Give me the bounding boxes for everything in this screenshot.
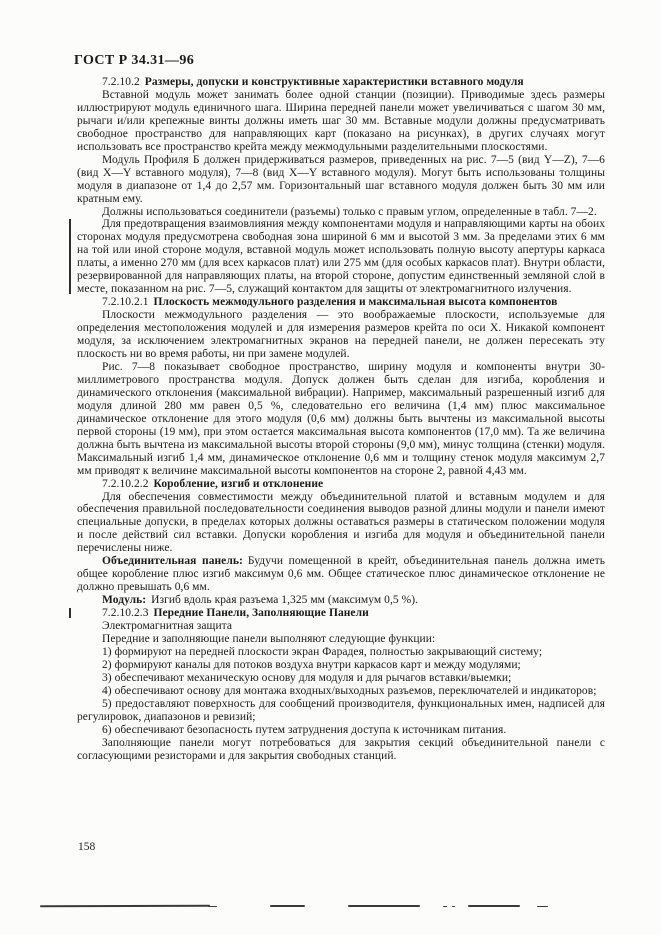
list-item-5: 5) предоставляют поверхность для сообщен… [77, 698, 605, 724]
section-number: 7.2.10.2.3 [102, 607, 149, 619]
scan-artifact-line [452, 906, 455, 907]
scan-artifact-line [348, 905, 420, 907]
paragraph-backplane-tolerance: Объединительная панель:Будучи помещенной… [77, 555, 605, 594]
paragraph-module-tolerance: Модуль:Изгиб вдоль края разъема 1,325 мм… [77, 594, 605, 607]
section-heading-7-2-10-2-3: 7.2.10.2.3Передние Панели, Заполняющие П… [77, 607, 605, 620]
list-item-3: 3) обеспечивают механическую основу для … [77, 672, 605, 685]
standard-code-header: ГОСТ Р 34.31—96 [74, 53, 194, 69]
scan-artifact-line [270, 905, 305, 907]
section-heading-7-2-10-2-2: 7.2.10.2.2Коробление, изгиб и отклонение [77, 478, 605, 491]
scan-artifact-line [40, 905, 210, 907]
paragraph-text: Изгиб вдоль края разъема 1,325 мм (макси… [151, 594, 418, 606]
section-title: Коробление, изгиб и отклонение [154, 478, 324, 490]
list-item-6: 6) обеспечивают безопасность путем затру… [77, 724, 605, 737]
paragraph-module-stations: Вставной модуль может занимать более одн… [77, 89, 605, 154]
section-number: 7.2.10.2.2 [102, 478, 149, 490]
document-body: 7.2.10.2Размеры, допуски и конструктивны… [77, 76, 605, 763]
page-number: 158 [78, 841, 95, 853]
paragraph-separation-planes: Плоскости межмодульного разделения — это… [77, 309, 605, 361]
section-number: 7.2.10.2 [102, 76, 140, 88]
paragraph-lead-backplane: Объединительная панель: [102, 555, 243, 567]
paragraph-fig-7-8-clearance: Рис. 7—8 показывает свободное пространст… [77, 361, 605, 478]
scan-artifact-line [468, 905, 520, 907]
paragraph-free-zone: Для предотвращения взаимовлияния между к… [77, 218, 605, 296]
paragraph-connectors: Должны использоваться соединители (разъе… [77, 206, 605, 219]
paragraph-compatibility-tolerances: Для обеспечения совместимости между объе… [77, 491, 605, 556]
section-title: Размеры, допуски и конструктивные характ… [145, 76, 524, 88]
scan-artifact-line [443, 906, 447, 907]
scan-artifact-line [208, 906, 217, 907]
paragraph-profile-b-dimensions: Модуль Профиля Б должен придерживаться р… [77, 154, 605, 206]
list-item-1: 1) формируют на передней плоскости экран… [77, 646, 605, 659]
list-item-4: 4) обеспечивают основу для монтажа входн… [77, 685, 605, 698]
paragraph-emc-protection: Электромагнитная защита [77, 620, 605, 633]
paragraph-panels-functions-intro: Передние и заполняющие панели выполняют … [77, 633, 605, 646]
scanned-document-page: ГОСТ Р 34.31—96 7.2.10.2Размеры, допуски… [0, 0, 661, 935]
section-title: Плоскость межмодульного разделения и мак… [154, 296, 558, 308]
section-number: 7.2.10.2.1 [102, 296, 149, 308]
section-title: Передние Панели, Заполняющие Панели [154, 607, 369, 619]
scan-artifact-line [537, 906, 548, 907]
section-heading-7-2-10-2-1: 7.2.10.2.1Плоскость межмодульного раздел… [77, 296, 605, 309]
section-heading-7-2-10-2: 7.2.10.2Размеры, допуски и конструктивны… [77, 76, 605, 89]
paragraph-lead-module: Модуль: [102, 594, 146, 606]
paragraph-filler-panels: Заполняющие панели могут потребоваться д… [77, 737, 605, 763]
list-item-2: 2) формируют каналы для потоков воздуха … [77, 659, 605, 672]
